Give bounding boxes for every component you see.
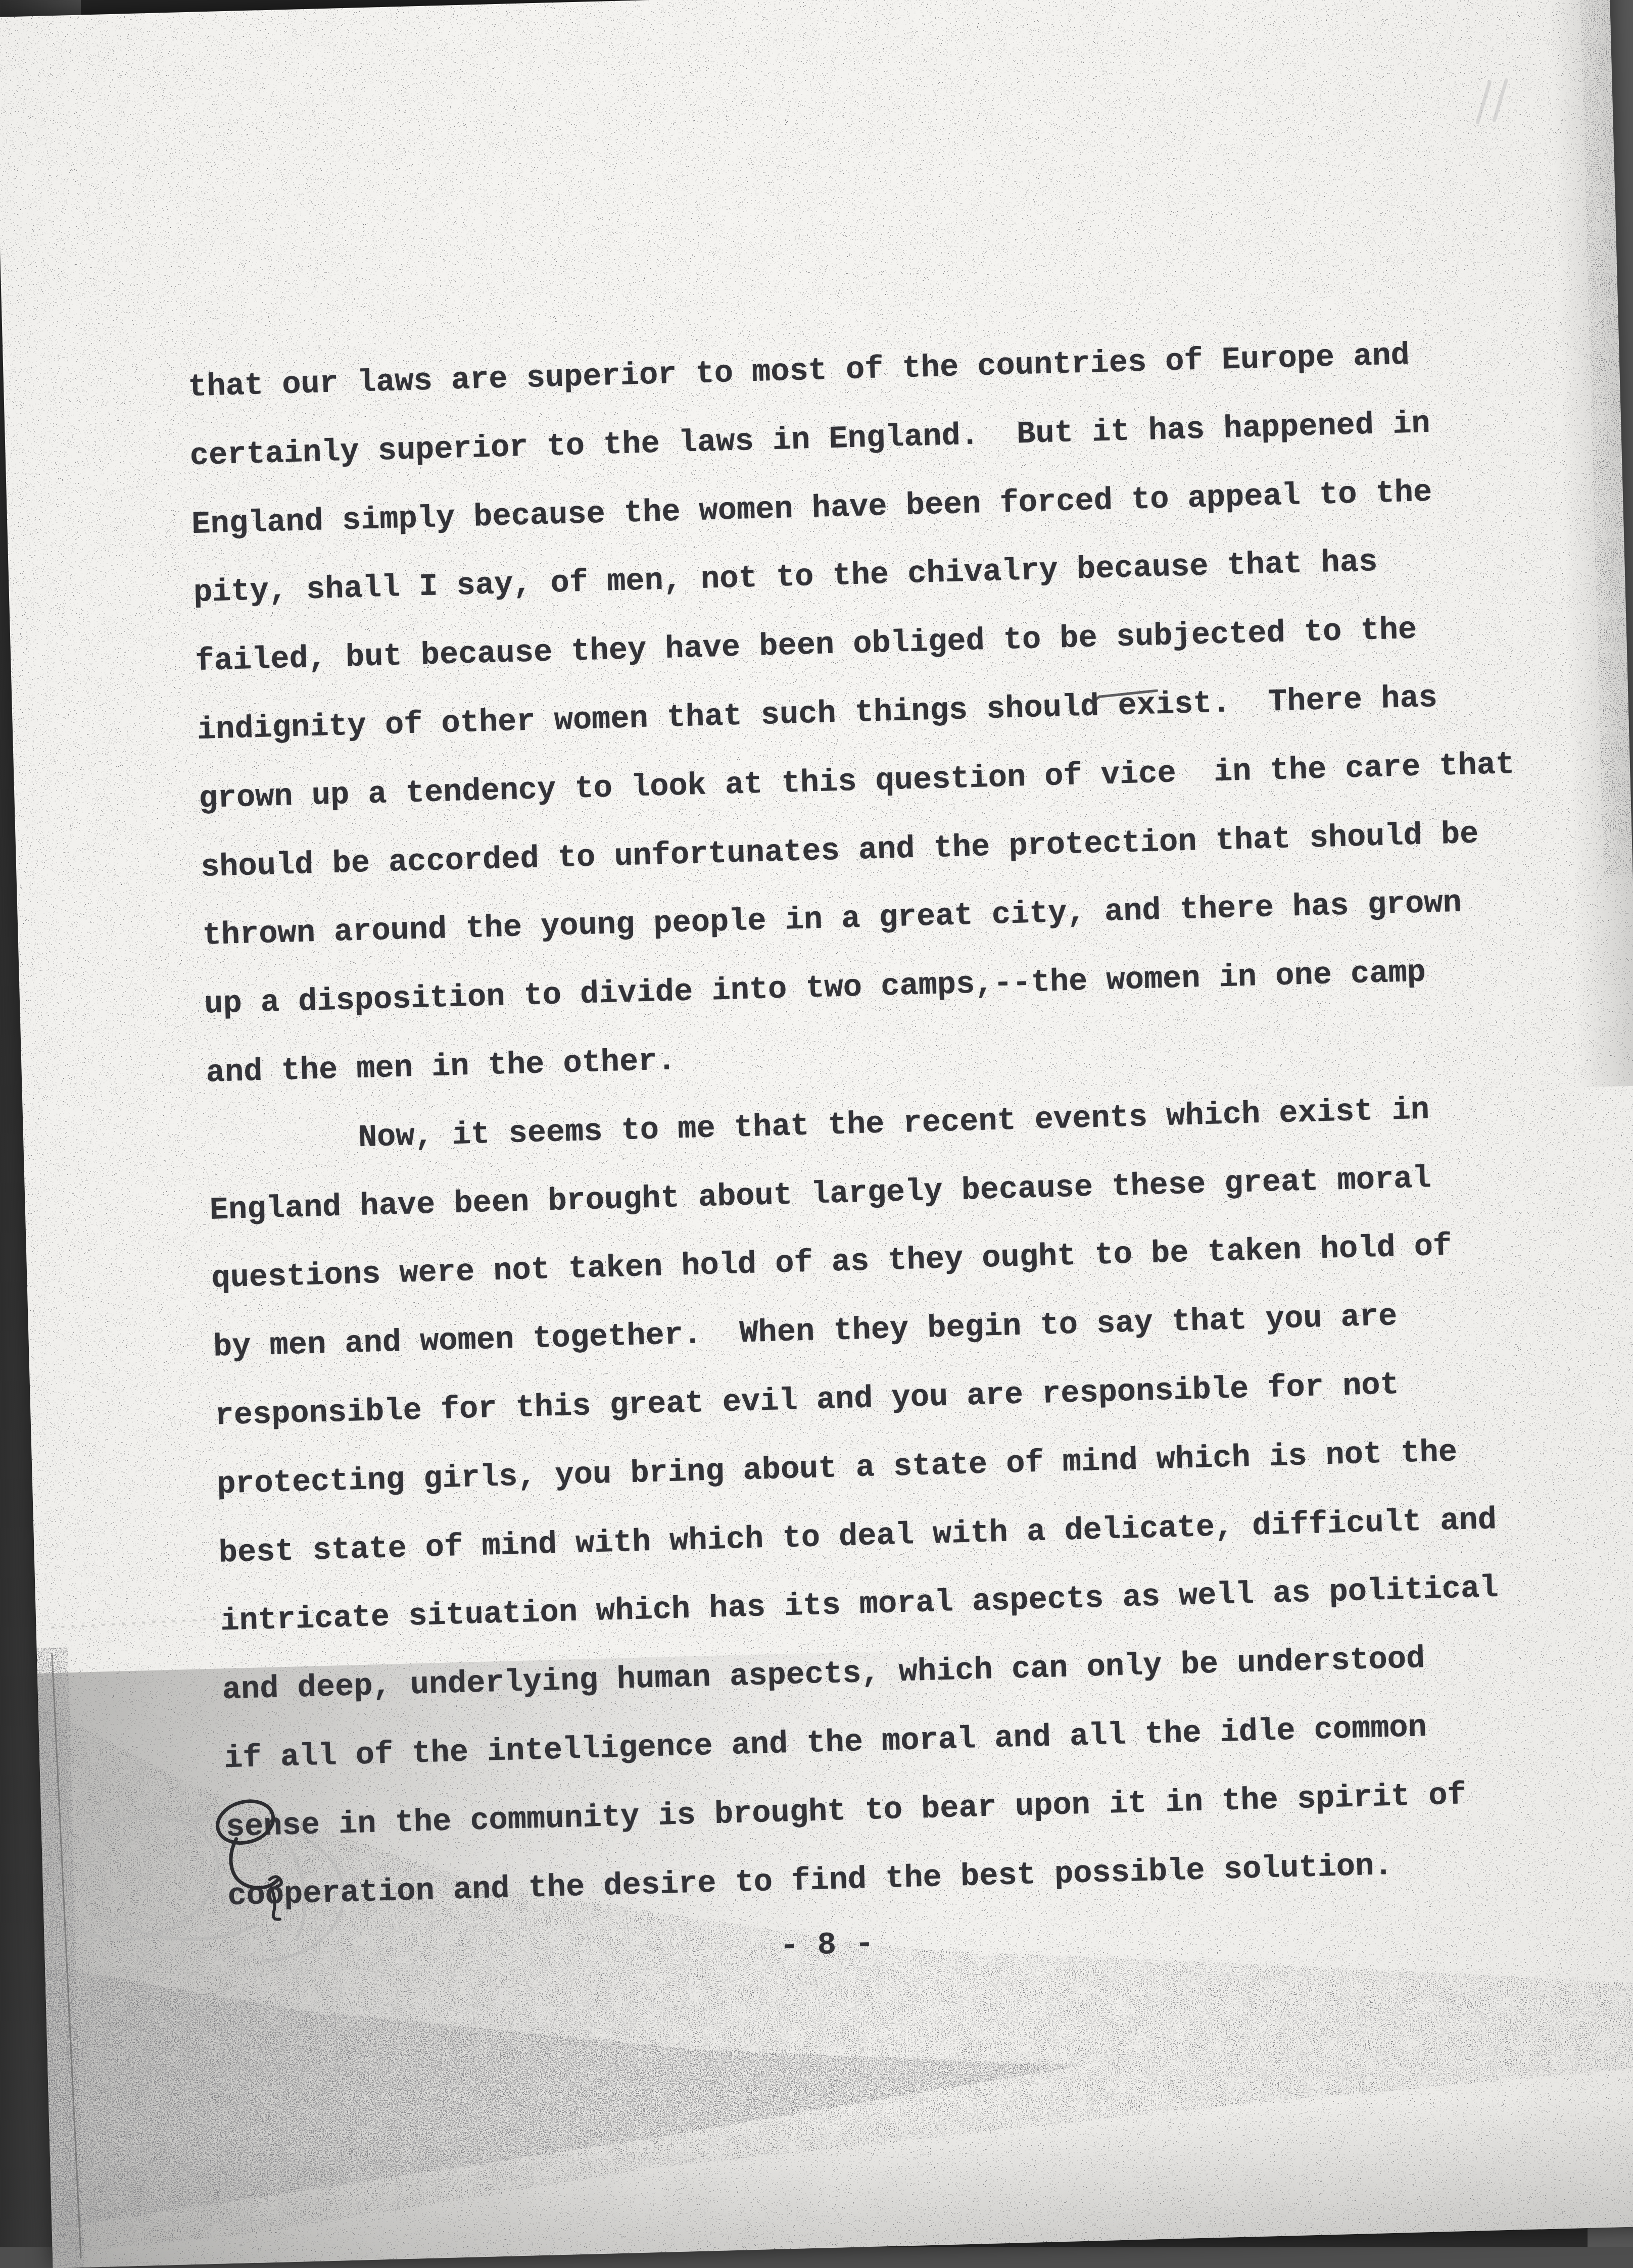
typewritten-text-block: that our laws are superior to most of th…: [187, 317, 1603, 1930]
scanned-page: that our laws are superior to most of th…: [0, 0, 1633, 2247]
page-number: - 8 -: [779, 1910, 875, 1981]
pencil-slashes-top-right: [1476, 80, 1507, 123]
scanned-document: that our laws are superior to most of th…: [0, 0, 1633, 2247]
